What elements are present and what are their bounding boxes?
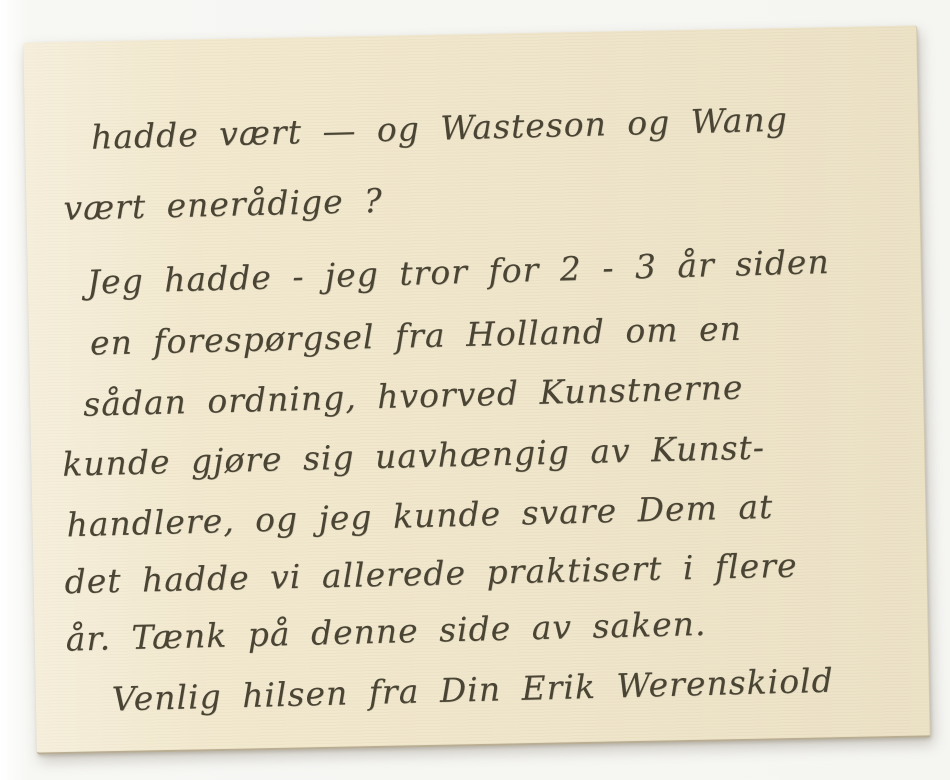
handwriting-line: år. Tænk på denne side av saken. (65, 604, 707, 659)
handwritten-card: hadde vært — og Wasteson og Wang vært en… (23, 25, 931, 754)
signature-line: Venlig hilsen fra Din Erik Werenskiold (111, 661, 834, 719)
handwriting-line: handlere, og jeg kunde svare Dem at (66, 487, 774, 544)
handwriting-line: kunde gjøre sig uavhængig av Kunst- (62, 428, 765, 484)
handwriting-line: vært enerådige ? (63, 181, 383, 228)
handwriting-line: det hadde vi allerede praktisert i flere (64, 546, 798, 602)
handwriting-line: sådan ordning, hvorved Kunstnerne (83, 368, 744, 424)
handwriting-line: hadde vært — og Wasteson og Wang (91, 100, 789, 157)
scanned-document: hadde vært — og Wasteson og Wang vært en… (0, 0, 950, 780)
handwriting-line: en forespørgsel fra Holland om en (90, 309, 743, 363)
handwriting-line: Jeg hadde - jeg tror for 2 - 3 år siden (86, 242, 830, 302)
